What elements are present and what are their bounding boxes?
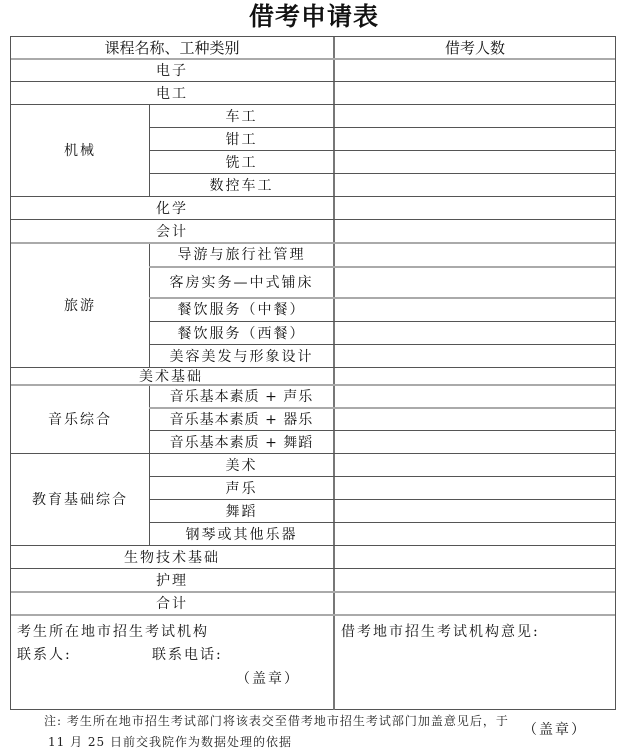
- count-cell-kuaiji[interactable]: [335, 219, 615, 242]
- count-cell-shengwu[interactable]: [335, 545, 615, 568]
- count-cell-kefang[interactable]: [335, 266, 615, 297]
- origin-stamp-label: （盖章）: [236, 668, 300, 688]
- count-cell-qiangong[interactable]: [335, 127, 615, 150]
- form-title: 借考申请表: [0, 0, 628, 34]
- origin-org-label: 考生所在地市招生考试机构: [17, 621, 209, 641]
- count-cell-chegong[interactable]: [335, 104, 615, 127]
- count-cell-huli[interactable]: [335, 568, 615, 591]
- count-cell-jy-meishu[interactable]: [335, 453, 615, 476]
- row-label-jy-wudao: 舞蹈: [150, 499, 333, 522]
- count-cell-xigong[interactable]: [335, 150, 615, 173]
- contact-person-label: 联系人:: [17, 644, 72, 664]
- row-label-kefang: 客房实务—中式铺床: [150, 266, 333, 297]
- row-label-jy-gangqin: 钢琴或其他乐器: [150, 522, 333, 545]
- row-line: [11, 614, 615, 616]
- row-label-huaxue: 化学: [11, 196, 333, 219]
- count-cell-zhongcan[interactable]: [335, 297, 615, 321]
- count-cell-jy-shengyue[interactable]: [335, 476, 615, 499]
- row-label-zhongcan: 餐饮服务（中餐）: [150, 297, 333, 321]
- row-label-kuaiji: 会计: [11, 219, 333, 242]
- signature-divider: [333, 614, 335, 710]
- row-label-huli: 护理: [11, 568, 333, 591]
- row-label-heji: 合计: [11, 591, 333, 614]
- count-cell-daoyou[interactable]: [335, 242, 615, 266]
- group-label-jiaoyu: 教育基础综合: [11, 453, 149, 545]
- row-label-yy-shengyue: 音乐基本素质 + 声乐: [150, 384, 333, 407]
- row-label-shukong: 数控车工: [150, 173, 333, 196]
- contact-phone-label: 联系电话:: [152, 644, 223, 664]
- count-cell-meishu-jichu[interactable]: [335, 367, 615, 384]
- count-cell-jy-gangqin[interactable]: [335, 522, 615, 545]
- count-cell-yy-shengyue[interactable]: [335, 384, 615, 407]
- row-label-diangong: 电工: [11, 81, 333, 104]
- row-label-dianzi: 电子: [11, 58, 333, 81]
- count-cell-dianzi[interactable]: [335, 58, 615, 81]
- note-line-1: 注: 考生所在地市招生考试部门将该表交至借考地市招生考试部门加盖意见后，于: [44, 712, 509, 729]
- row-label-yy-qiyue: 音乐基本素质 + 器乐: [150, 407, 333, 430]
- group-label-jixie: 机械: [11, 104, 149, 196]
- row-label-shengwu: 生物技术基础: [11, 545, 333, 568]
- count-cell-yy-qiyue[interactable]: [335, 407, 615, 430]
- count-cell-diangong[interactable]: [335, 81, 615, 104]
- note-line-2: 11 月 25 日前交我院作为数据处理的依据: [48, 733, 292, 750]
- header-course-category: 课程名称、工种类别: [11, 37, 333, 58]
- row-label-jy-shengyue: 声乐: [150, 476, 333, 499]
- application-table: 课程名称、工种类别 借考人数 电子 电工 机械 车工 钳工 铣工 数控车工 化学…: [10, 36, 616, 710]
- row-label-jy-meishu: 美术: [150, 453, 333, 476]
- count-cell-meirong[interactable]: [335, 344, 615, 367]
- row-label-xican: 餐饮服务（西餐）: [150, 321, 333, 344]
- row-label-chegong: 车工: [150, 104, 333, 127]
- count-cell-jy-wudao[interactable]: [335, 499, 615, 522]
- row-label-daoyou: 导游与旅行社管理: [150, 242, 333, 266]
- count-cell-shukong[interactable]: [335, 173, 615, 196]
- row-label-xigong: 铣工: [150, 150, 333, 173]
- host-org-opinion-label: 借考地市招生考试机构意见:: [341, 621, 540, 641]
- group-label-lvyou: 旅游: [11, 242, 149, 367]
- count-cell-xican[interactable]: [335, 321, 615, 344]
- row-label-meishu-jichu: 美术基础: [11, 367, 333, 384]
- row-label-meirong: 美容美发与形象设计: [150, 344, 333, 367]
- count-cell-huaxue[interactable]: [335, 196, 615, 219]
- header-applicant-count: 借考人数: [335, 37, 615, 58]
- row-label-yy-wudao: 音乐基本素质 + 舞蹈: [150, 430, 333, 453]
- host-stamp-label: （盖章）: [523, 719, 587, 739]
- count-cell-yy-wudao[interactable]: [335, 430, 615, 453]
- row-label-qiangong: 钳工: [150, 127, 333, 150]
- group-label-yinyue: 音乐综合: [11, 384, 149, 453]
- count-cell-heji[interactable]: [335, 591, 615, 614]
